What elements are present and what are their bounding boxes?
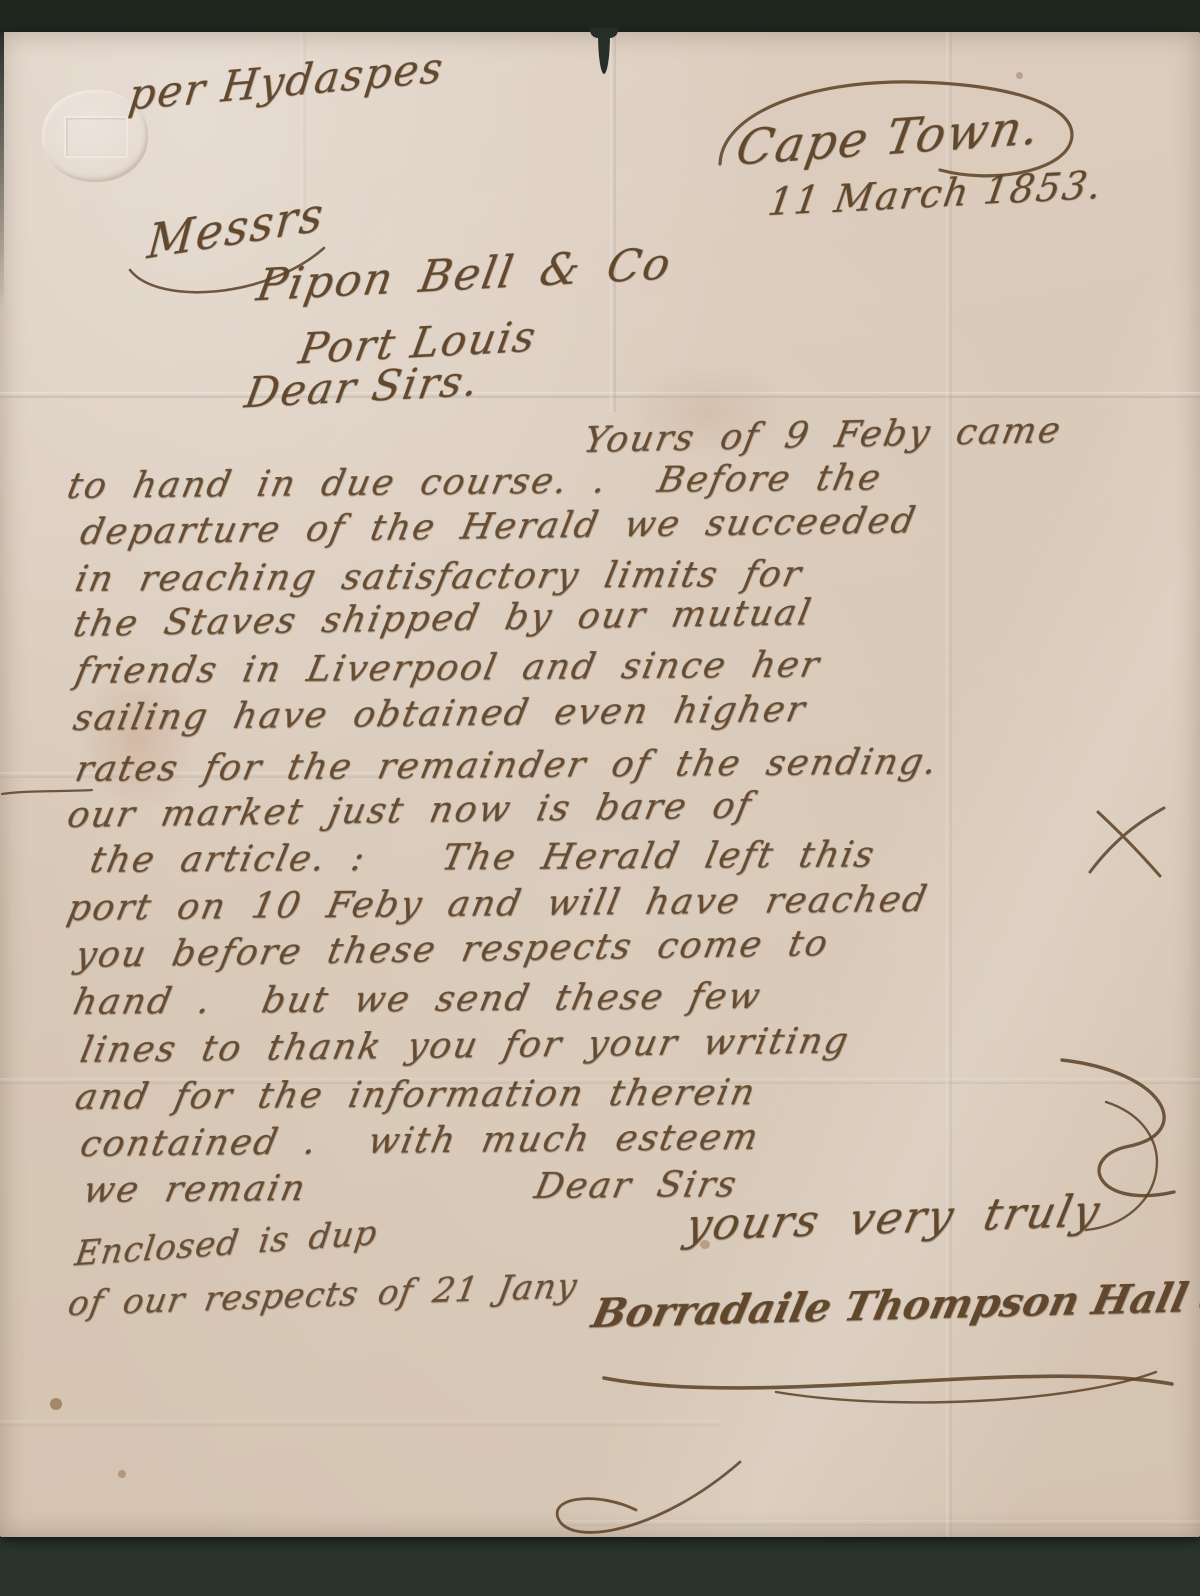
body-line: the Staves shipped by our mutual [70,592,816,645]
bare-of-flourish [1080,802,1170,882]
body-line: you before these respects come to [72,923,833,976]
foxing-spot-1 [50,1398,62,1410]
foxing-spot-2 [118,1470,126,1478]
salutation: Dear Sirs. [241,356,484,418]
embossed-stamp-inner [64,116,128,158]
margin-dash [0,784,95,800]
body-line: port on 10 Feby and will have reached [64,879,932,929]
ship-note: per Hydaspes [126,42,447,119]
fold-crease-horizontal-1 [0,392,1200,398]
photo-background: per Hydaspes Cape Town. 11 March 1853. M… [0,0,1200,1596]
fold-crease-vertical-center [610,32,616,412]
body-line: Yours of 9 Feby came [580,410,1065,461]
paper-edge-shadow [0,32,4,312]
body-line: sailing have obtained even higher [70,689,810,739]
valediction: yours very truly [681,1186,1106,1252]
postscript-line: of our respects of 21 Jany [65,1266,581,1324]
body-line: rates for the remainder of the sending. [72,741,943,790]
postscript-line: Enclosed is dup [72,1213,380,1275]
body-line: we remain Dear Sirs [80,1164,742,1211]
body-line: departure of the Herald we succeeded [77,500,921,553]
body-line: our market just now is bare of [64,785,756,836]
body-line: to hand in due course. . Before the [64,457,886,507]
signature-underline-flourish [596,1350,1186,1420]
body-line: hand . but we send these few [70,976,766,1023]
body-line: and for the information therein [72,1072,761,1118]
letter-paper: per Hydaspes Cape Town. 11 March 1853. M… [0,32,1200,1537]
body-line: friends in Liverpool and since her [72,645,825,693]
signature: Borradaile Thompson Hall &Co [588,1272,1200,1338]
postscript-tail-flourish [540,1452,760,1562]
body-line: contained . with much esteem [77,1117,764,1165]
body-line: in reaching satisfactory limits for [72,554,807,600]
body-line: the article. : The Herald left this [87,835,880,882]
fold-crease-horizontal-4 [0,1420,720,1426]
body-line: lines to thank you for your writing [77,1021,854,1071]
